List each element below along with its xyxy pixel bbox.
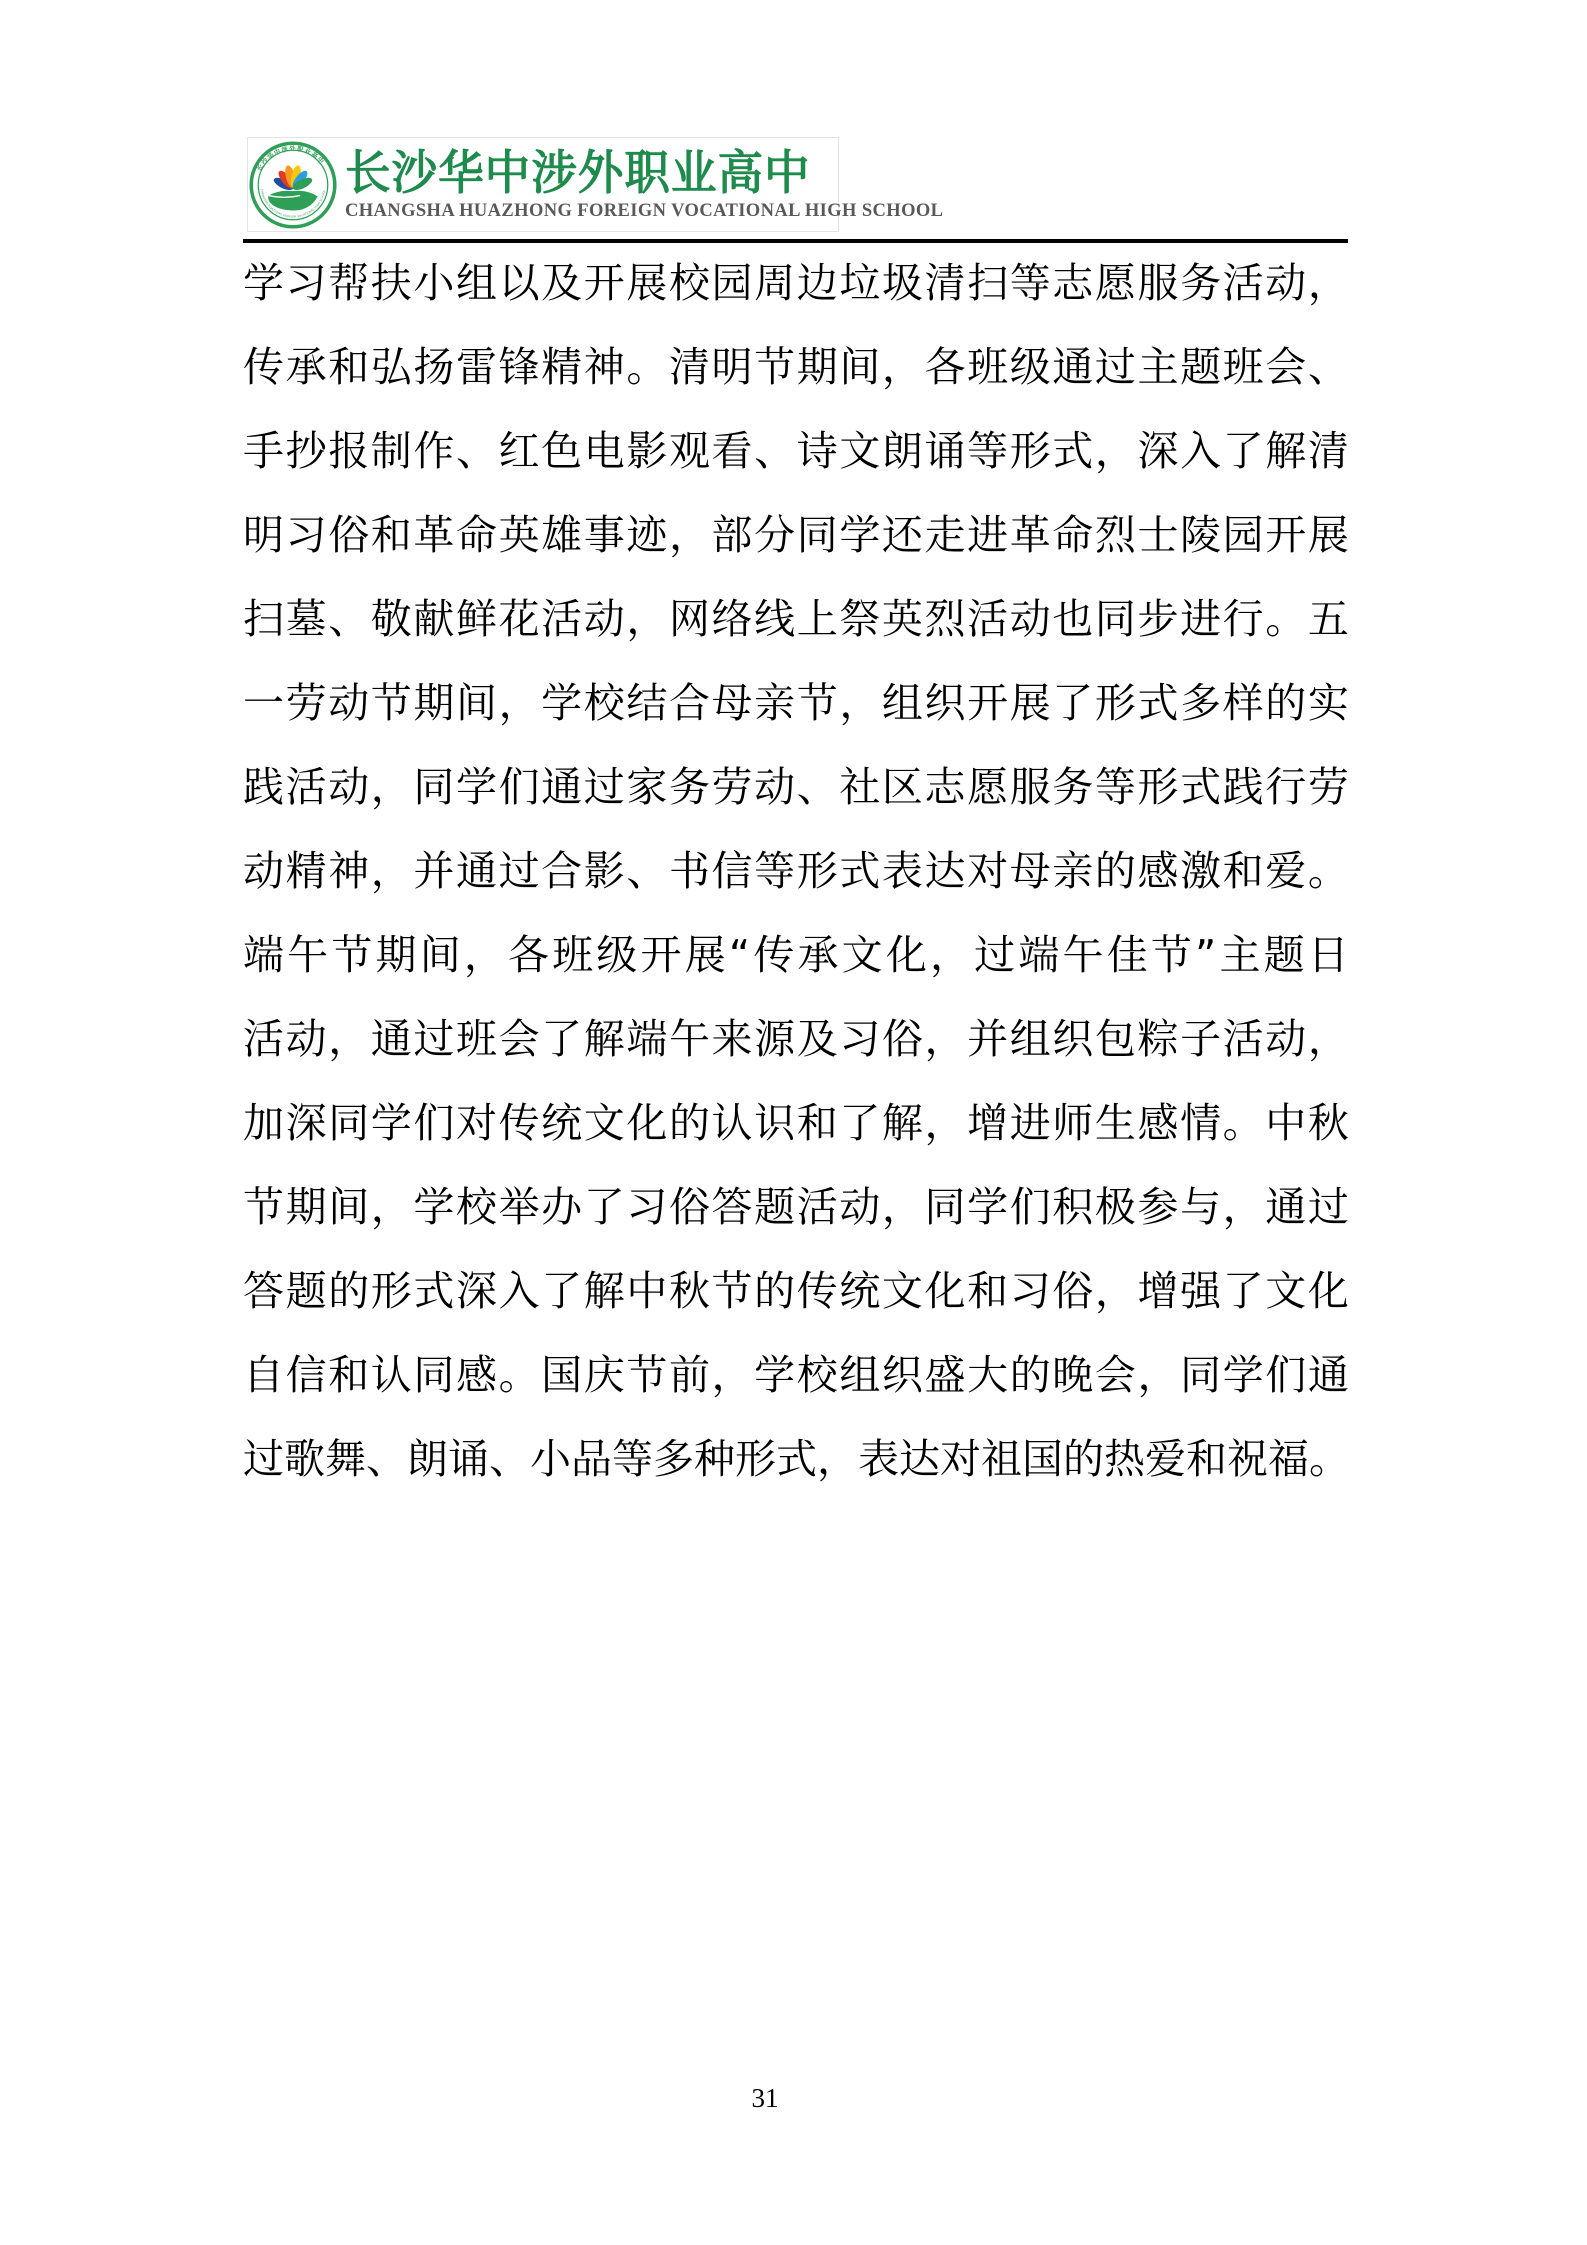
school-emblem-icon: 长沙华中涉外职业高中 CHANGSHA HUAZHONG FOREIGN VOC…: [249, 141, 337, 229]
body-line: 自信和认同感。国庆节前，学校组织盛大的晚会，同学们通: [243, 1333, 1349, 1417]
body-text: 学习帮扶小组以及开展校园周边垃圾清扫等志愿服务活动，传承和弘扬雷锋精神。清明节期…: [243, 241, 1349, 1501]
page-number: 31: [0, 2083, 1530, 2114]
body-line: 传承和弘扬雷锋精神。清明节期间，各班级通过主题班会、: [243, 325, 1349, 409]
body-line: 一劳动节期间，学校结合母亲节，组织开展了形式多样的实: [243, 661, 1349, 745]
body-line: 动精神，并通过合影、书信等形式表达对母亲的感激和爱。: [243, 829, 1349, 913]
body-line: 过歌舞、朗诵、小品等多种形式，表达对祖国的热爱和祝福。: [243, 1417, 1349, 1501]
school-header-logo: 长沙华中涉外职业高中 CHANGSHA HUAZHONG FOREIGN VOC…: [247, 137, 839, 232]
body-line: 活动，通过班会了解端午来源及习俗，并组织包粽子活动，: [243, 997, 1349, 1081]
body-line: 答题的形式深入了解中秋节的传统文化和习俗，增强了文化: [243, 1249, 1349, 1333]
body-line: 扫墓、敬献鲜花活动，网络线上祭英烈活动也同步进行。五: [243, 577, 1349, 661]
body-line: 端午节期间，各班级开展“传承文化，过端午佳节”主题日: [243, 913, 1349, 997]
school-subtitle-en: CHANGSHA HUAZHONG FOREIGN VOCATIONAL HIG…: [345, 200, 943, 222]
school-title-cn: 长沙华中涉外职业高中: [345, 148, 925, 200]
body-line: 节期间，学校举办了习俗答题活动，同学们积极参与，通过: [243, 1165, 1349, 1249]
body-line: 手抄报制作、红色电影观看、诗文朗诵等形式，深入了解清: [243, 409, 1349, 493]
body-line: 学习帮扶小组以及开展校园周边垃圾清扫等志愿服务活动，: [243, 241, 1349, 325]
body-line: 明习俗和革命英雄事迹，部分同学还走进革命烈士陵园开展: [243, 493, 1349, 577]
document-page: { "colors": { "green": "#1e8b4d", "ring_…: [0, 0, 1587, 2245]
body-line: 践活动，同学们通过家务劳动、社区志愿服务等形式践行劳: [243, 745, 1349, 829]
body-line: 加深同学们对传统文化的认识和了解，增进师生感情。中秋: [243, 1081, 1349, 1165]
school-name-block: 长沙华中涉外职业高中 CHANGSHA HUAZHONG FOREIGN VOC…: [345, 148, 943, 222]
